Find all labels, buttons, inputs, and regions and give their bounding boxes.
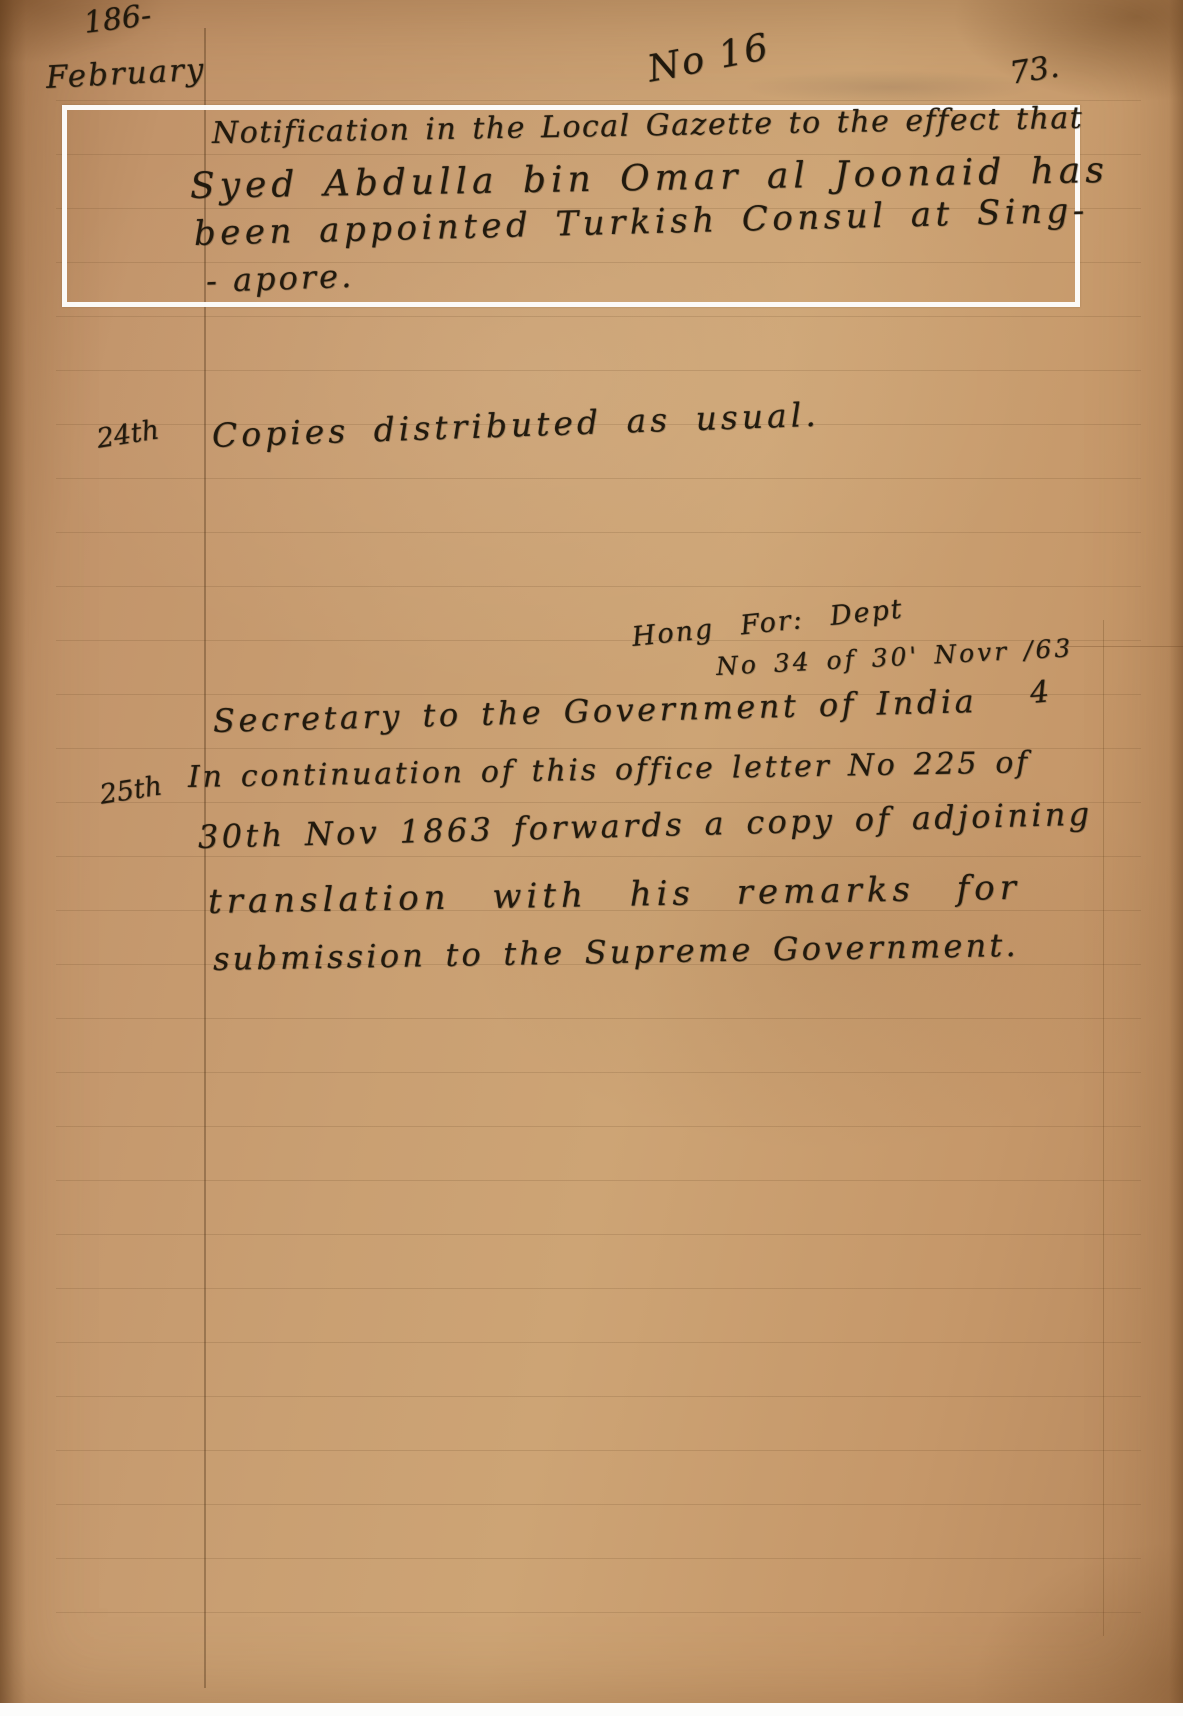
paper-crease-horizontal — [1060, 646, 1183, 647]
pencil-smudge — [740, 70, 1040, 104]
paper-left-edge — [0, 0, 26, 1716]
paper-crease-vertical — [1103, 620, 1104, 1636]
paper-right-edge — [1169, 0, 1183, 1716]
highlighted-note-line: - apore. — [205, 257, 354, 300]
scan-bottom-strip — [0, 1703, 1183, 1716]
reference-note-line: 4 — [1028, 674, 1050, 711]
year-label: 186- — [82, 0, 153, 41]
folio-number-label: 73. — [1007, 49, 1061, 92]
scanned-ledger-page: 186- February No 16 73. Notification in … — [0, 0, 1183, 1716]
